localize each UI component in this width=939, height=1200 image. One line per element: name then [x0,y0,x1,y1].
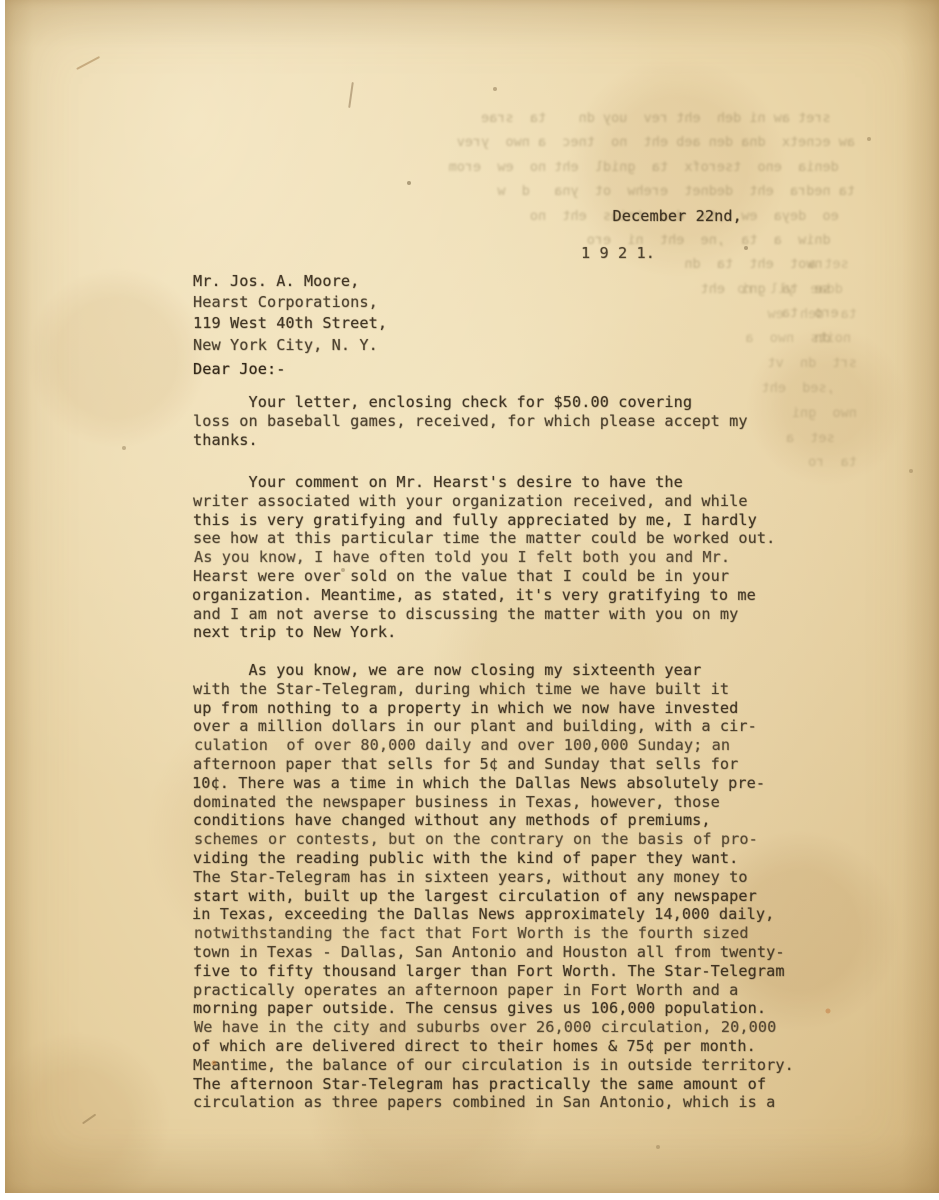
scanned-letter-page: sret aw ni deh eht rev uoy dn ta sraeaw … [0,0,939,1200]
edge-vignette [5,0,939,1193]
paper-sheet: sret aw ni deh eht rev uoy dn ta sraeaw … [5,0,939,1193]
